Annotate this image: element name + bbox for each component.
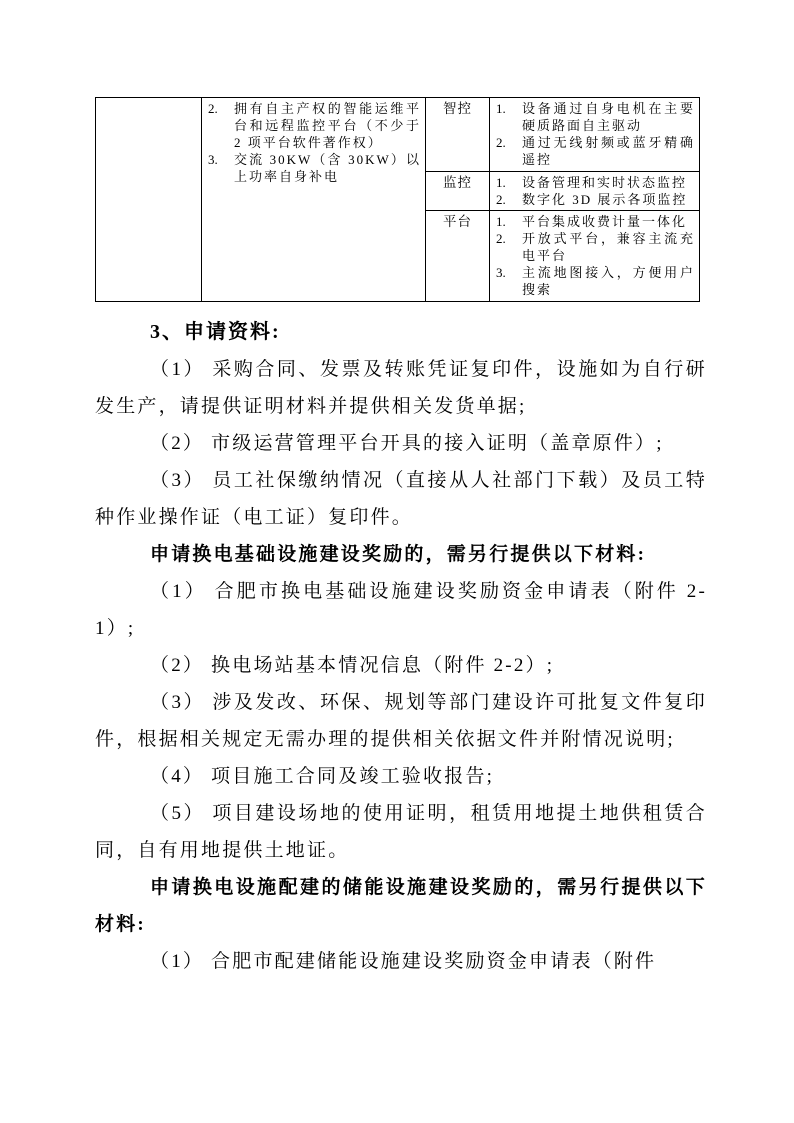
section-heading: 3、申请资料: xyxy=(95,314,707,351)
list-item-text: 设备通过自身电机在主要硬质路面自主驱动 xyxy=(522,100,695,134)
table-cell-requirements: 2. 拥有自主产权的智能运维平台和远程监控平台（不少于 2 项平台软件著作权） … xyxy=(202,98,426,302)
list-item-text: 通过无线射频或蓝牙精确遥控 xyxy=(522,134,695,168)
list-item-text: 数字化 3D 展示各项监控 xyxy=(522,191,695,208)
list-item-number: 2. xyxy=(494,191,522,208)
list-item: 2. 数字化 3D 展示各项监控 xyxy=(494,191,695,208)
list-item-number: 3. xyxy=(494,264,522,298)
table-row-zhikong: 2. 拥有自主产权的智能运维平台和远程监控平台（不少于 2 项平台软件著作权） … xyxy=(96,98,700,172)
criteria-table: 2. 拥有自主产权的智能运维平台和远程监控平台（不少于 2 项平台软件著作权） … xyxy=(95,97,700,302)
list-item-number: 3. xyxy=(206,151,234,185)
list-item: 1. 设备管理和实时状态监控 xyxy=(494,174,695,191)
list-item-number: 2. xyxy=(206,100,234,151)
list-item: 1. 设备通过自身电机在主要硬质路面自主驱动 xyxy=(494,100,695,134)
table-cell-label-jiankong: 监控 xyxy=(426,172,490,211)
table-cell-zhikong-details: 1. 设备通过自身电机在主要硬质路面自主驱动 2. 通过无线射频或蓝牙精确遥控 xyxy=(490,98,700,172)
paragraph-1: （1） 采购合同、发票及转账凭证复印件，设施如为自行研发生产，请提供证明材料并提… xyxy=(95,351,707,425)
list-item: 2. 通过无线射频或蓝牙精确遥控 xyxy=(494,134,695,168)
list-item-number: 2. xyxy=(494,134,522,168)
list-item-number: 2. xyxy=(494,230,522,264)
table-cell-label-pingtai: 平台 xyxy=(426,211,490,302)
list-item-text: 平台集成收费计量一体化 xyxy=(522,213,695,230)
table-cell-label-zhikong: 智控 xyxy=(426,98,490,172)
table-cell-jiankong-details: 1. 设备管理和实时状态监控 2. 数字化 3D 展示各项监控 xyxy=(490,172,700,211)
subheading-energy-storage: 申请换电设施配建的储能设施建设奖励的，需另行提供以下材料: xyxy=(95,869,707,943)
list-item: 2. 拥有自主产权的智能运维平台和远程监控平台（不少于 2 项平台软件著作权） xyxy=(206,100,421,151)
list-item: 3. 交流 30KW（含 30KW）以上功率自身补电 xyxy=(206,151,421,185)
paragraph-8: （4） 项目施工合同及竣工验收报告; xyxy=(95,758,707,795)
table-cell-category xyxy=(96,98,202,302)
body-text: 3、申请资料: （1） 采购合同、发票及转账凭证复印件，设施如为自行研发生产，请… xyxy=(95,314,707,980)
list-item: 2. 开放式平台，兼容主流充电平台 xyxy=(494,230,695,264)
paragraph-11: （1） 合肥市配建储能设施建设奖励资金申请表（附件 xyxy=(95,943,707,980)
list-item-number: 1. xyxy=(494,213,522,230)
paragraph-7: （3） 涉及发改、环保、规划等部门建设许可批复文件复印件，根据相关规定无需办理的… xyxy=(95,684,707,758)
paragraph-6: （2） 换电场站基本情况信息（附件 2-2）; xyxy=(95,647,707,684)
subheading-battery-swap-infrastructure: 申请换电基础设施建设奖励的，需另行提供以下材料: xyxy=(95,536,707,573)
list-item-text: 交流 30KW（含 30KW）以上功率自身补电 xyxy=(234,151,421,185)
paragraph-3: （3） 员工社保缴纳情况（直接从人社部门下载）及员工特种作业操作证（电工证）复印… xyxy=(95,462,707,536)
list-item: 1. 平台集成收费计量一体化 xyxy=(494,213,695,230)
paragraph-5: （1） 合肥市换电基础设施建设奖励资金申请表（附件 2-1）; xyxy=(95,573,707,647)
table-cell-pingtai-details: 1. 平台集成收费计量一体化 2. 开放式平台，兼容主流充电平台 3. 主流地图… xyxy=(490,211,700,302)
list-item-text: 开放式平台，兼容主流充电平台 xyxy=(522,230,695,264)
list-item-number: 1. xyxy=(494,174,522,191)
paragraph-9: （5） 项目建设场地的使用证明，租赁用地提土地供租赁合同，自有用地提供土地证。 xyxy=(95,795,707,869)
list-item-text: 拥有自主产权的智能运维平台和远程监控平台（不少于 2 项平台软件著作权） xyxy=(234,100,421,151)
list-item-text: 主流地图接入，方便用户搜索 xyxy=(522,264,695,298)
list-item-number: 1. xyxy=(494,100,522,134)
paragraph-2: （2） 市级运营管理平台开具的接入证明（盖章原件）; xyxy=(95,425,707,462)
page-content: 2. 拥有自主产权的智能运维平台和远程监控平台（不少于 2 项平台软件著作权） … xyxy=(95,97,707,980)
list-item-text: 设备管理和实时状态监控 xyxy=(522,174,695,191)
list-item: 3. 主流地图接入，方便用户搜索 xyxy=(494,264,695,298)
document-page: 2. 拥有自主产权的智能运维平台和远程监控平台（不少于 2 项平台软件著作权） … xyxy=(0,0,794,1123)
